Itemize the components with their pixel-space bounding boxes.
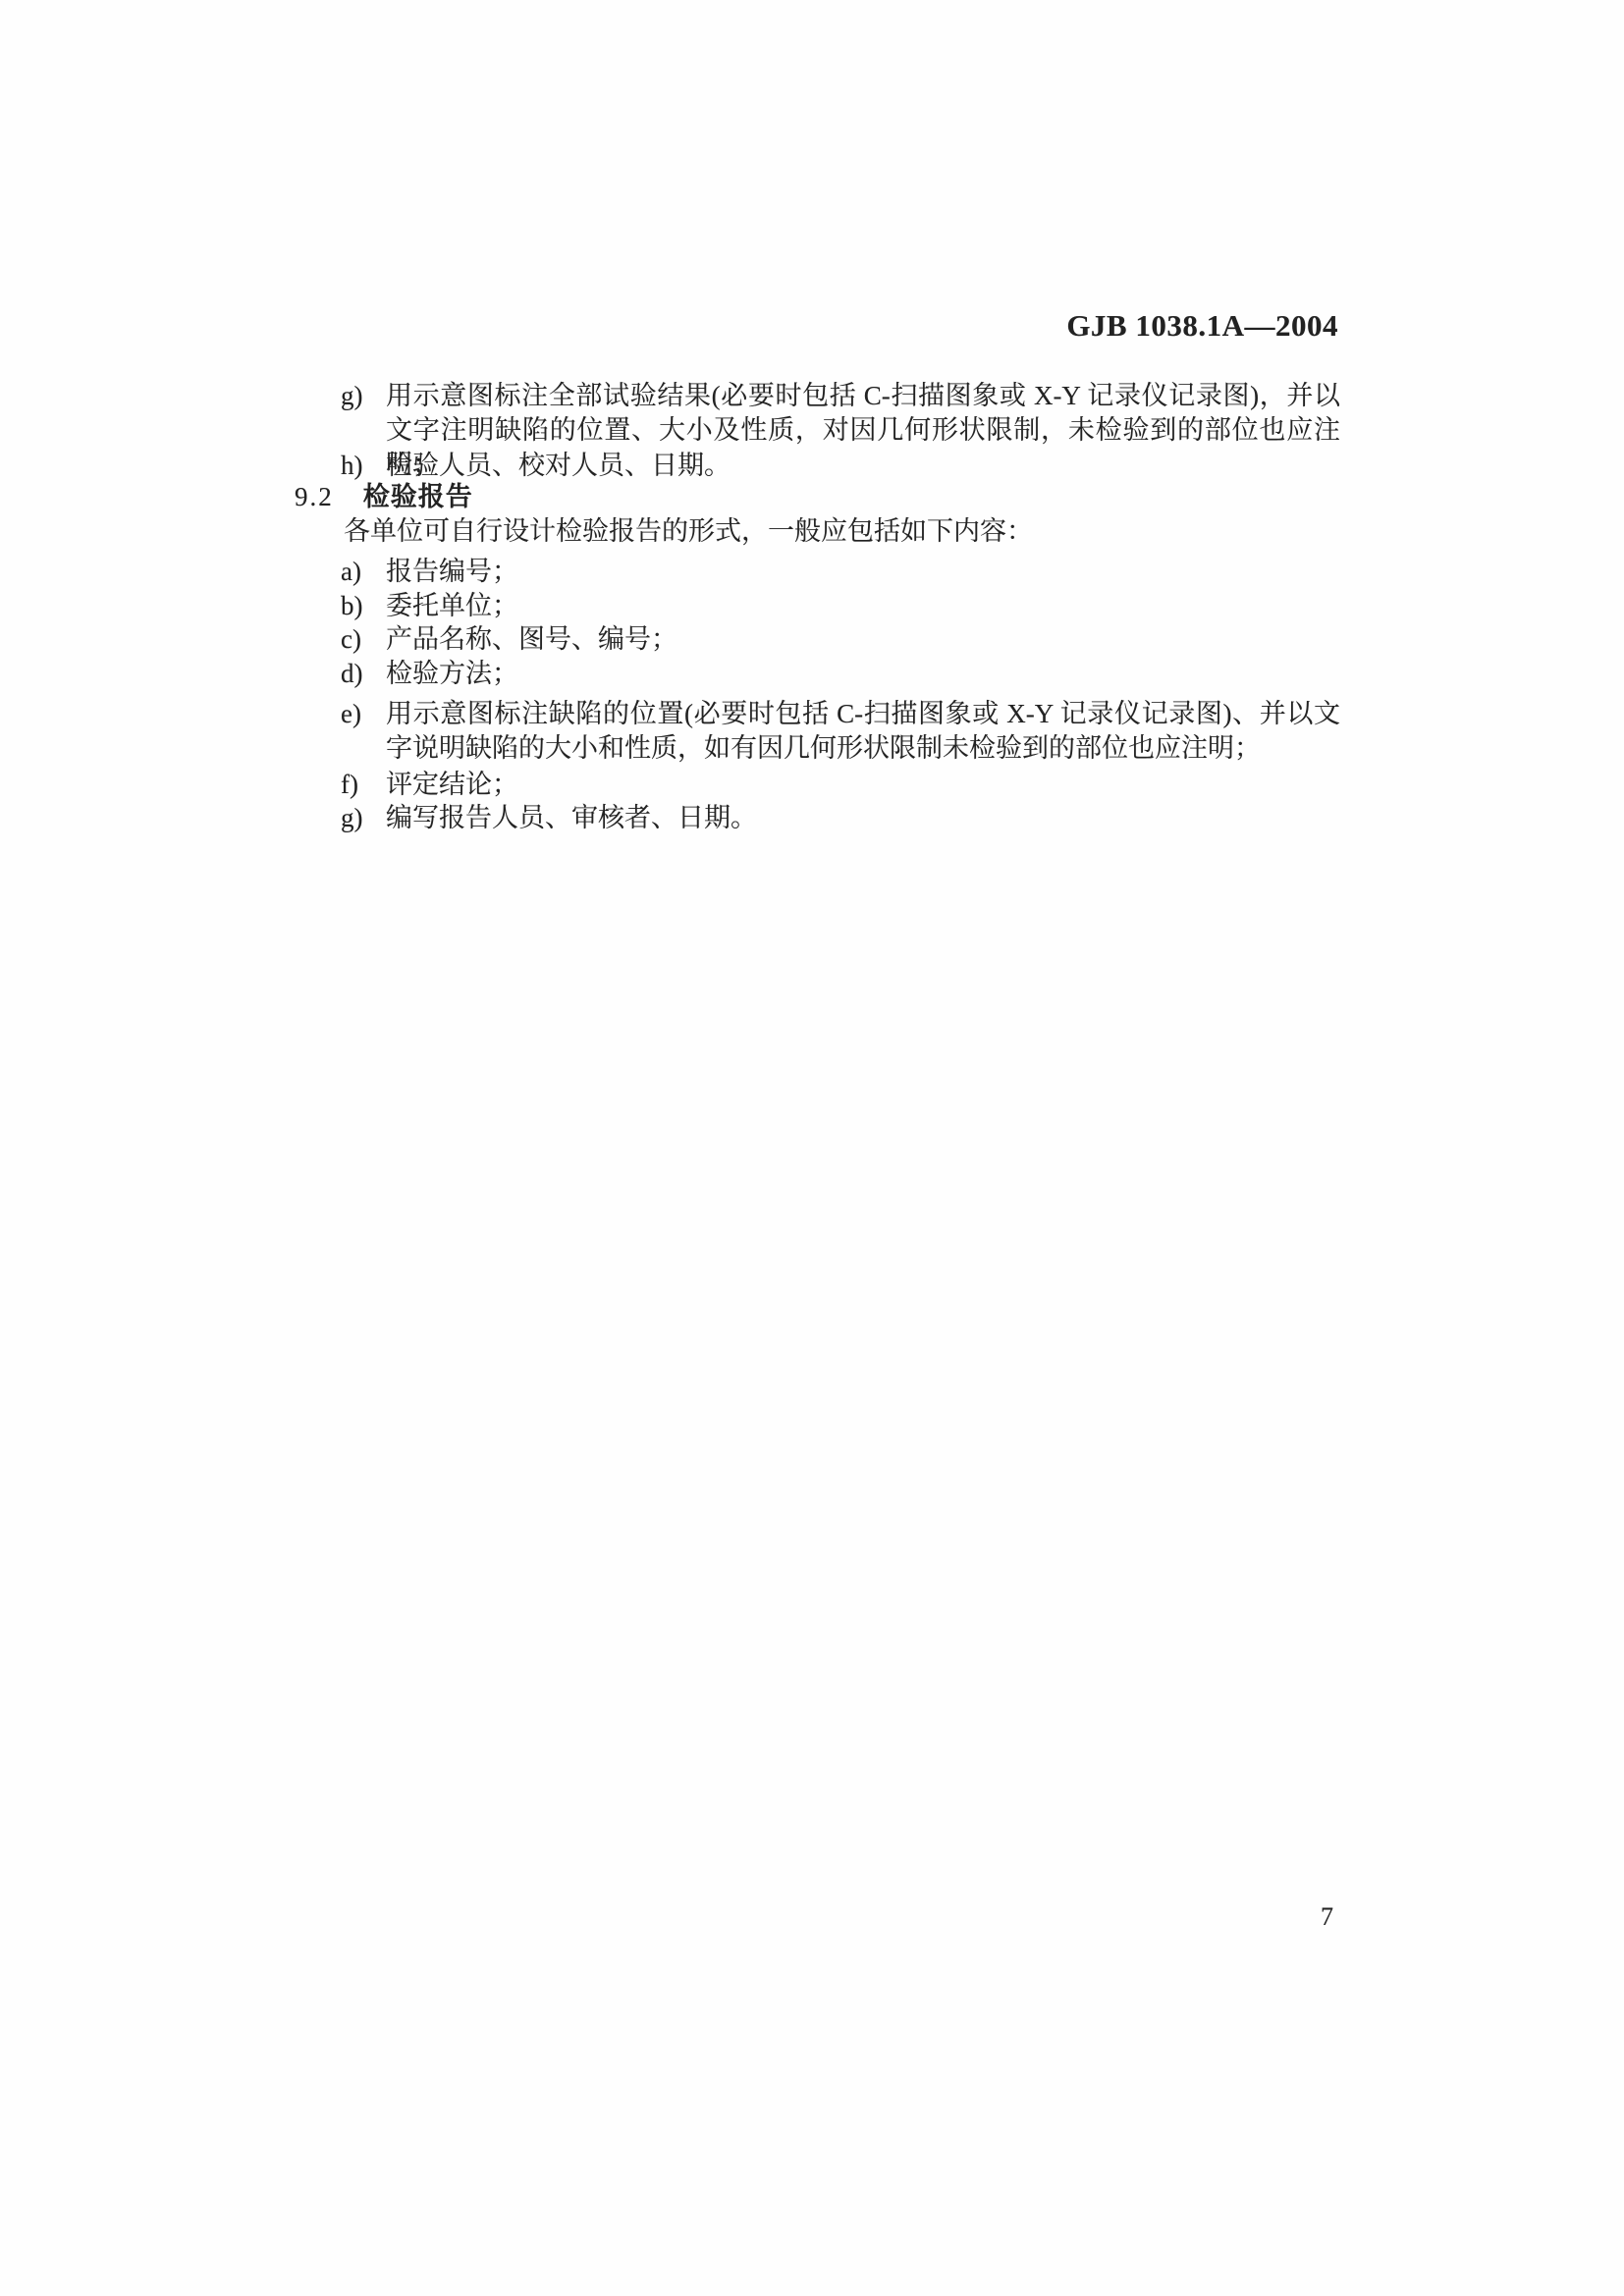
list-item-b: b) 委托单位； [341,589,1340,623]
list-marker: g) [341,379,386,413]
section-heading: 9.2检验报告 [295,480,473,514]
list-item-c: c) 产品名称、图号、编号； [341,622,1340,657]
section-number: 9.2 [295,482,334,511]
list-item-g: g) 编写报告人员、审核者、日期。 [341,801,1340,835]
list-item-f: f) 评定结论； [341,768,1340,802]
list-item-a: a) 报告编号； [341,555,1340,589]
list-text: 评定结论； [386,768,1340,802]
document-page: GJB 1038.1A—2004 g) 用示意图标注全部试验结果(必要时包括 C… [0,0,1624,2296]
section-title: 检验报告 [363,482,473,511]
list-text: 委托单位； [386,589,1340,623]
list-text: 编写报告人员、审核者、日期。 [386,801,1340,835]
page-number: 7 [1321,1902,1333,1932]
list-text: 检验方法； [386,657,1340,691]
list-marker: a) [341,555,386,589]
list-item-h-prev: h) 检验人员、校对人员、日期。 [341,449,1340,483]
list-marker: b) [341,589,386,623]
list-text: 用示意图标注缺陷的位置(必要时包括 C-扫描图象或 X-Y 记录仪记录图)、并以… [386,697,1340,766]
list-marker: f) [341,768,386,802]
list-item-e: e) 用示意图标注缺陷的位置(必要时包括 C-扫描图象或 X-Y 记录仪记录图)… [341,697,1340,766]
list-marker: d) [341,657,386,691]
list-marker: g) [341,801,386,835]
list-marker: h) [341,449,386,483]
list-text: 检验人员、校对人员、日期。 [386,449,1340,483]
standard-number-header: GJB 1038.1A—2004 [0,308,1338,344]
list-text: 产品名称、图号、编号； [386,622,1340,657]
list-text: 报告编号； [386,555,1340,589]
list-marker: e) [341,697,386,731]
list-item-d: d) 检验方法； [341,657,1340,691]
list-marker: c) [341,622,386,657]
intro-paragraph: 各单位可自行设计检验报告的形式，一般应包括如下内容： [344,514,1033,549]
